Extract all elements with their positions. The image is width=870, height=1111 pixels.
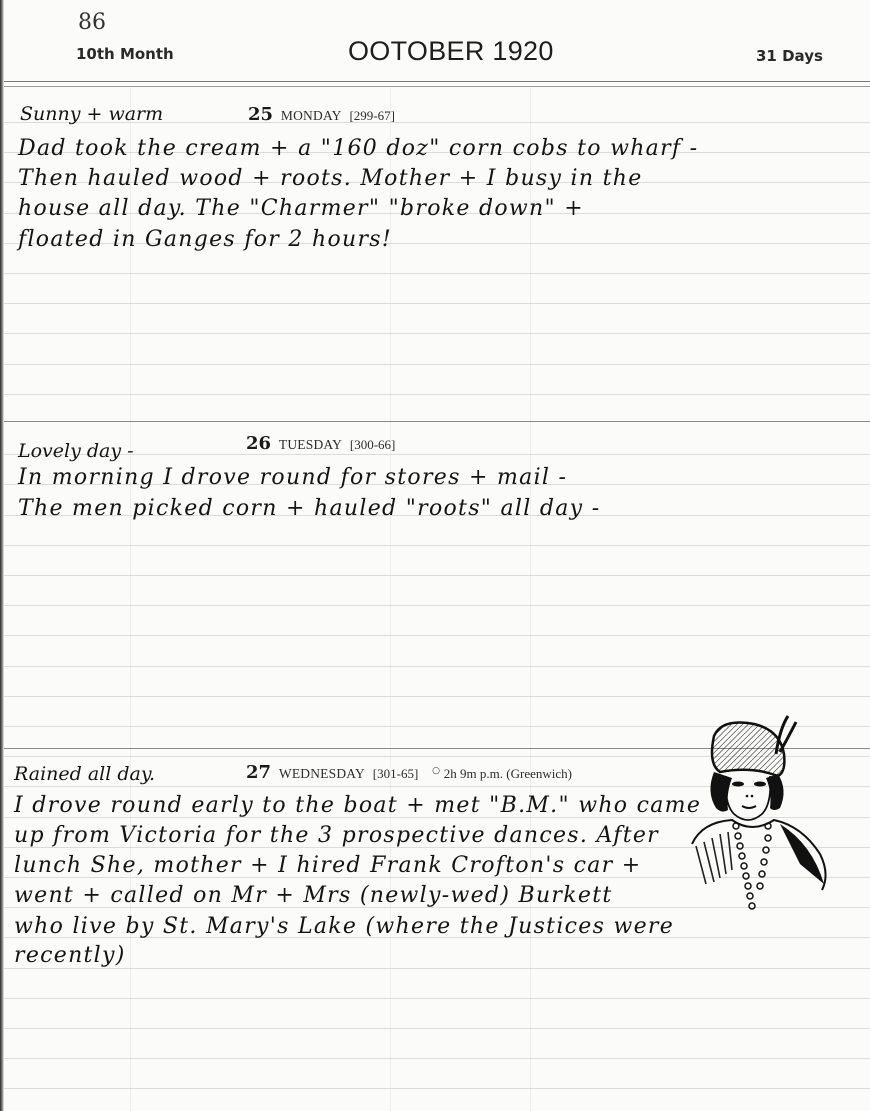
- entry-line: The men picked corn + hauled "roots" all…: [18, 496, 600, 521]
- ruled-line: [4, 998, 870, 999]
- ruled-line: [4, 575, 870, 576]
- month-title: OOTOBER 1920: [348, 36, 554, 67]
- weekday: WEDNESDAY: [279, 766, 365, 781]
- ruled-line: [4, 364, 870, 365]
- ruled-line: [4, 1028, 870, 1029]
- ruled-line: [4, 1088, 870, 1089]
- entry-line: floated in Ganges for 2 hours!: [18, 227, 392, 252]
- day-count: [299-67]: [349, 108, 395, 123]
- entry-line: Then hauled wood + roots. Mother + I bus…: [18, 166, 643, 191]
- weekday: MONDAY: [281, 108, 342, 123]
- entry-line: Dad took the cream + a "160 doz" corn co…: [18, 136, 698, 161]
- weekday: TUESDAY: [279, 437, 342, 452]
- entry-line: up from Victoria for the 3 prospective d…: [14, 823, 659, 848]
- entry-line: lunch She, mother + I hired Frank Crofto…: [14, 853, 641, 878]
- ruled-line: [4, 394, 870, 395]
- entry-date-header: 26 TUESDAY [300-66]: [246, 433, 395, 454]
- entry-line: went + called on Mr + Mrs (newly-wed) Bu…: [14, 883, 612, 908]
- ruled-line: [4, 1058, 870, 1059]
- full-moon-icon: ○: [432, 766, 440, 776]
- day-count: [300-66]: [350, 437, 396, 452]
- entry-line: house all day. The "Charmer" "broke down…: [18, 196, 584, 221]
- woman-sketch-illustration: [662, 714, 842, 924]
- ruled-line: [4, 666, 870, 667]
- ruled-line: [4, 605, 870, 606]
- entry-line: who live by St. Mary's Lake (where the J…: [14, 914, 674, 939]
- weather-note: Lovely day -: [18, 440, 134, 462]
- entry-line: I drove round early to the boat + met "B…: [14, 793, 701, 818]
- month-label: 10th Month: [76, 45, 174, 63]
- moon-phase-time: 2h 9m p.m. (Greenwich): [444, 766, 572, 781]
- ruled-line: [4, 303, 870, 304]
- ruled-line: [4, 273, 870, 274]
- entry-line: In morning I drove round for stores + ma…: [18, 465, 567, 490]
- ruled-line: [4, 545, 870, 546]
- entry-date-header: 25 MONDAY [299-67]: [248, 104, 395, 125]
- ruled-line: [4, 333, 870, 334]
- weather-note: Rained all day.: [14, 763, 155, 785]
- ruled-line: [4, 968, 870, 969]
- paper-guide-line: [530, 88, 531, 1111]
- day-number: 27: [246, 762, 271, 783]
- section-divider: [4, 421, 870, 422]
- entry-line: recently): [14, 943, 126, 968]
- day-number: 26: [246, 433, 271, 454]
- day-count: [301-65]: [373, 766, 419, 781]
- ruled-line: [4, 635, 870, 636]
- days-label: 31 Days: [756, 47, 823, 65]
- page-binding-edge: [0, 0, 4, 1111]
- entry-date-header: 27 WEDNESDAY [301-65] ○ 2h 9m p.m. (Gree…: [246, 762, 572, 783]
- weather-note: Sunny + warm: [20, 103, 163, 125]
- ruled-line: [4, 696, 870, 697]
- header-double-rule: [4, 81, 870, 87]
- day-number: 25: [248, 104, 273, 125]
- page-number: 86: [78, 10, 106, 35]
